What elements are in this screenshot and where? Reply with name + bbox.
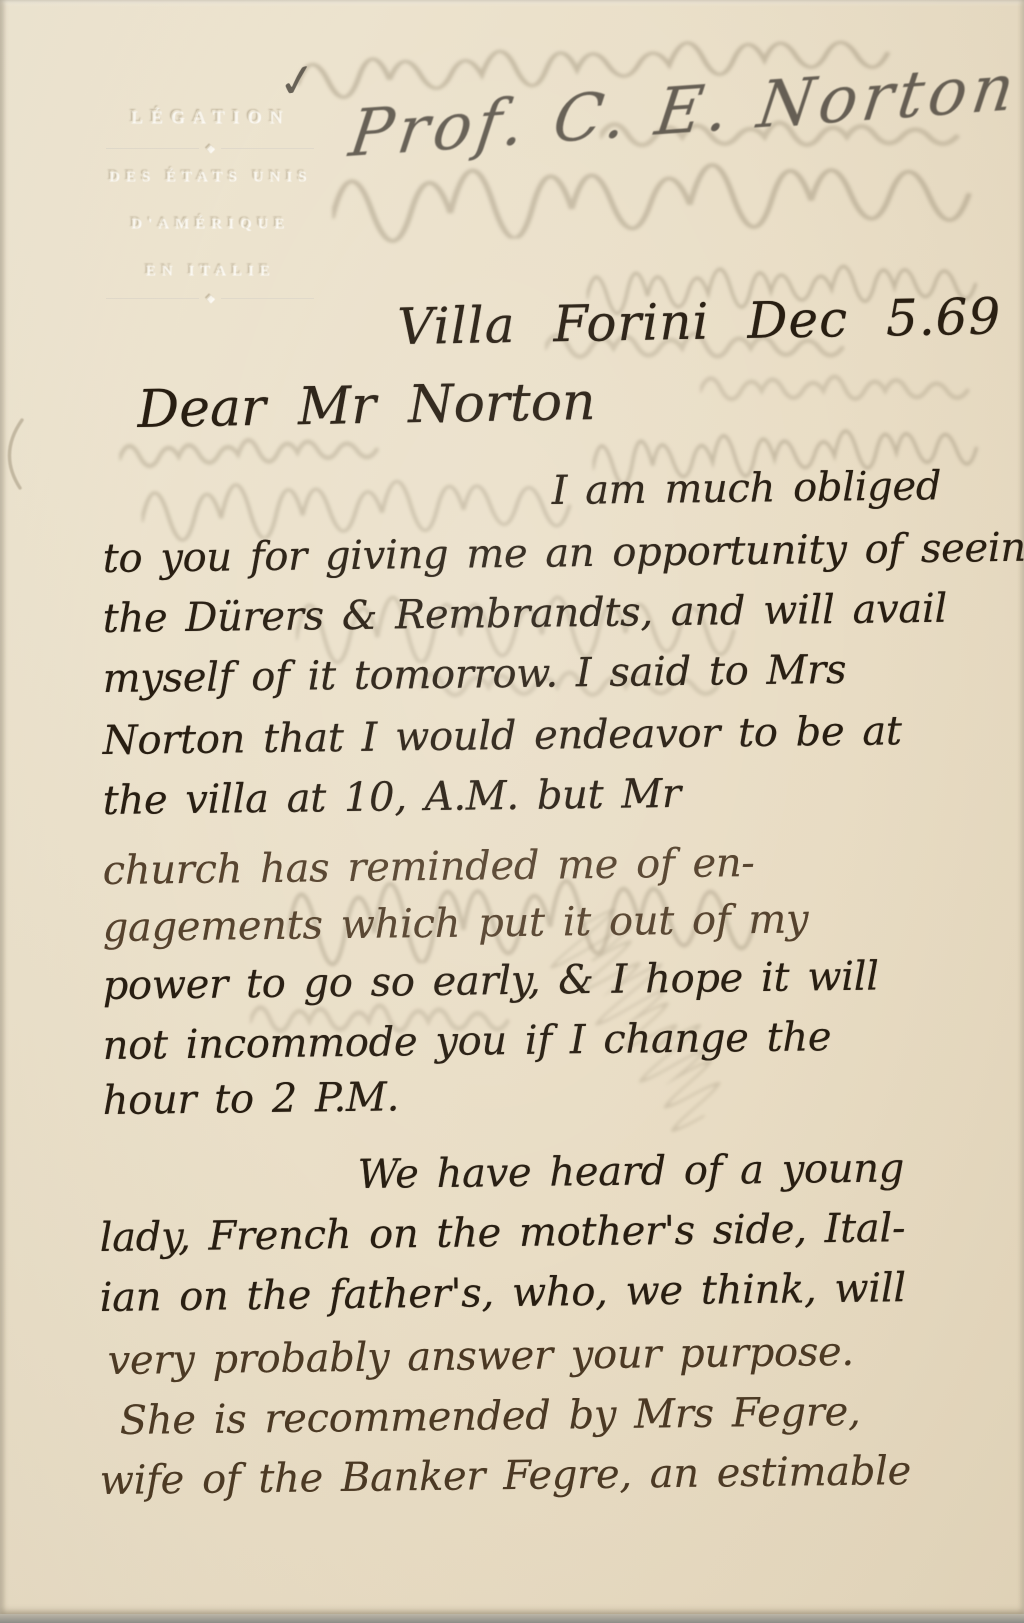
letter-page: LÉGATION ◆ DES ÉTATS UNIS D'AMÉRIQUE EN … [0,0,1024,1614]
body-line: Norton that I would endeavor to be at [102,708,901,764]
bleedthrough-stroke [0,418,26,490]
body-line: wife of the Banker Fegre, an estimable [99,1448,911,1504]
body-line: church has reminded me of en- [102,840,754,894]
scanner-background-edge [0,1614,1024,1623]
body-line: hour to 2 P.M. [102,1074,399,1124]
bleedthrough-stroke [140,453,572,543]
letterhead-line-amerique: D'AMÉRIQUE [78,215,342,232]
diamond-ornament-icon: ◆ [206,293,214,304]
dateline: Villa Forini Dec 5.69 [397,287,1002,356]
body-line: ian on the father's, who, we think, will [99,1265,906,1321]
body-line: myself of it tomorrow. I said to Mrs [102,647,846,702]
body-line: very probably answer your purpose. [107,1329,854,1384]
body-line: She is recommended by Mrs Fegre, [119,1389,860,1444]
body-line: gagements which put it out of my [102,896,808,951]
diamond-ornament-icon: ◆ [206,143,214,154]
body-line: lady, French on the mother's side, Ital- [99,1205,905,1261]
letterhead-line-legation: LÉGATION [78,106,342,127]
body-line: the villa at 10, A.M. but Mr [102,771,681,824]
letterhead-ornament: ◆ [106,293,314,304]
salutation: Dear Mr Norton [137,372,596,440]
pencil-checkmark: ✓ [274,51,320,110]
body-line: power to go so early, & I hope it will [102,954,879,1009]
body-line: We have heard of a young [357,1145,904,1198]
letterhead-line-etats-unis: DES ÉTATS UNIS [78,168,342,185]
letterhead-ornament: ◆ [106,143,314,154]
body-line: the Dürers & Rembrandts, and will avail [102,586,947,642]
body-line: not incommode you if I change the [102,1014,831,1069]
embossed-letterhead: LÉGATION ◆ DES ÉTATS UNIS D'AMÉRIQUE EN … [78,106,342,318]
letterhead-line-italie: EN ITALIE [78,262,342,279]
body-line: I am much obliged [551,463,941,514]
